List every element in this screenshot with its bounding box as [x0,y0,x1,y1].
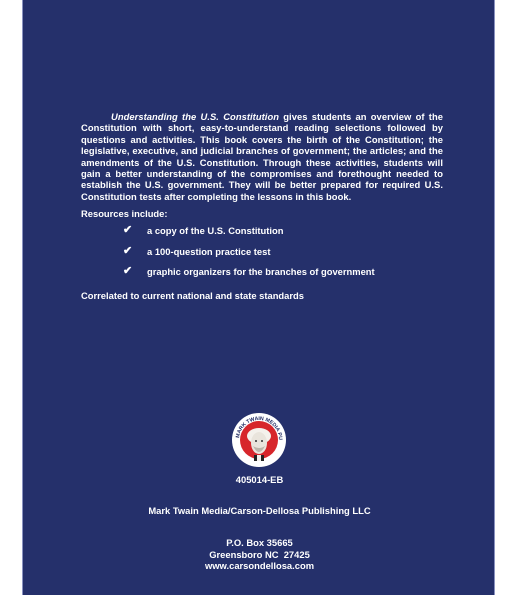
address-line2: Greensboro NC 27425 [23,549,496,561]
website-link[interactable]: www.carsondellosa.com [23,560,496,572]
resource-label: graphic organizers for the branches of g… [147,266,375,277]
list-item: ✔ graphic organizers for the branches of… [81,266,375,287]
resource-label: a 100-question practice test [147,246,270,257]
resources-list: ✔ a copy of the U.S. Constitution ✔ a 10… [81,225,375,287]
list-item: ✔ a 100-question practice test [81,246,375,267]
checkmark-icon: ✔ [123,224,132,236]
address-line1: P.O. Box 35665 [23,537,496,549]
resources-heading: Resources include: [81,208,168,219]
standards-note: Correlated to current national and state… [81,290,304,301]
checkmark-icon: ✔ [123,245,132,257]
publisher-name: Mark Twain Media/Carson-Dellosa Publishi… [23,505,496,516]
resource-label: a copy of the U.S. Constitution [147,225,283,236]
product-code: 405014-EB [23,474,496,485]
book-description: Understanding the U.S. Constitution give… [81,111,443,202]
publisher-address: P.O. Box 35665 Greensboro NC 27425 www.c… [23,537,496,572]
description-body: gives students an overview of the Consti… [81,111,443,202]
checkmark-icon: ✔ [123,265,132,277]
book-title: Understanding the U.S. Constitution [111,111,279,122]
list-item: ✔ a copy of the U.S. Constitution [81,225,375,246]
publisher-logo-icon: MARK TWAIN MEDIA PUBLISHING COMPANY [231,412,287,468]
back-cover: Understanding the U.S. Constitution give… [22,0,495,595]
